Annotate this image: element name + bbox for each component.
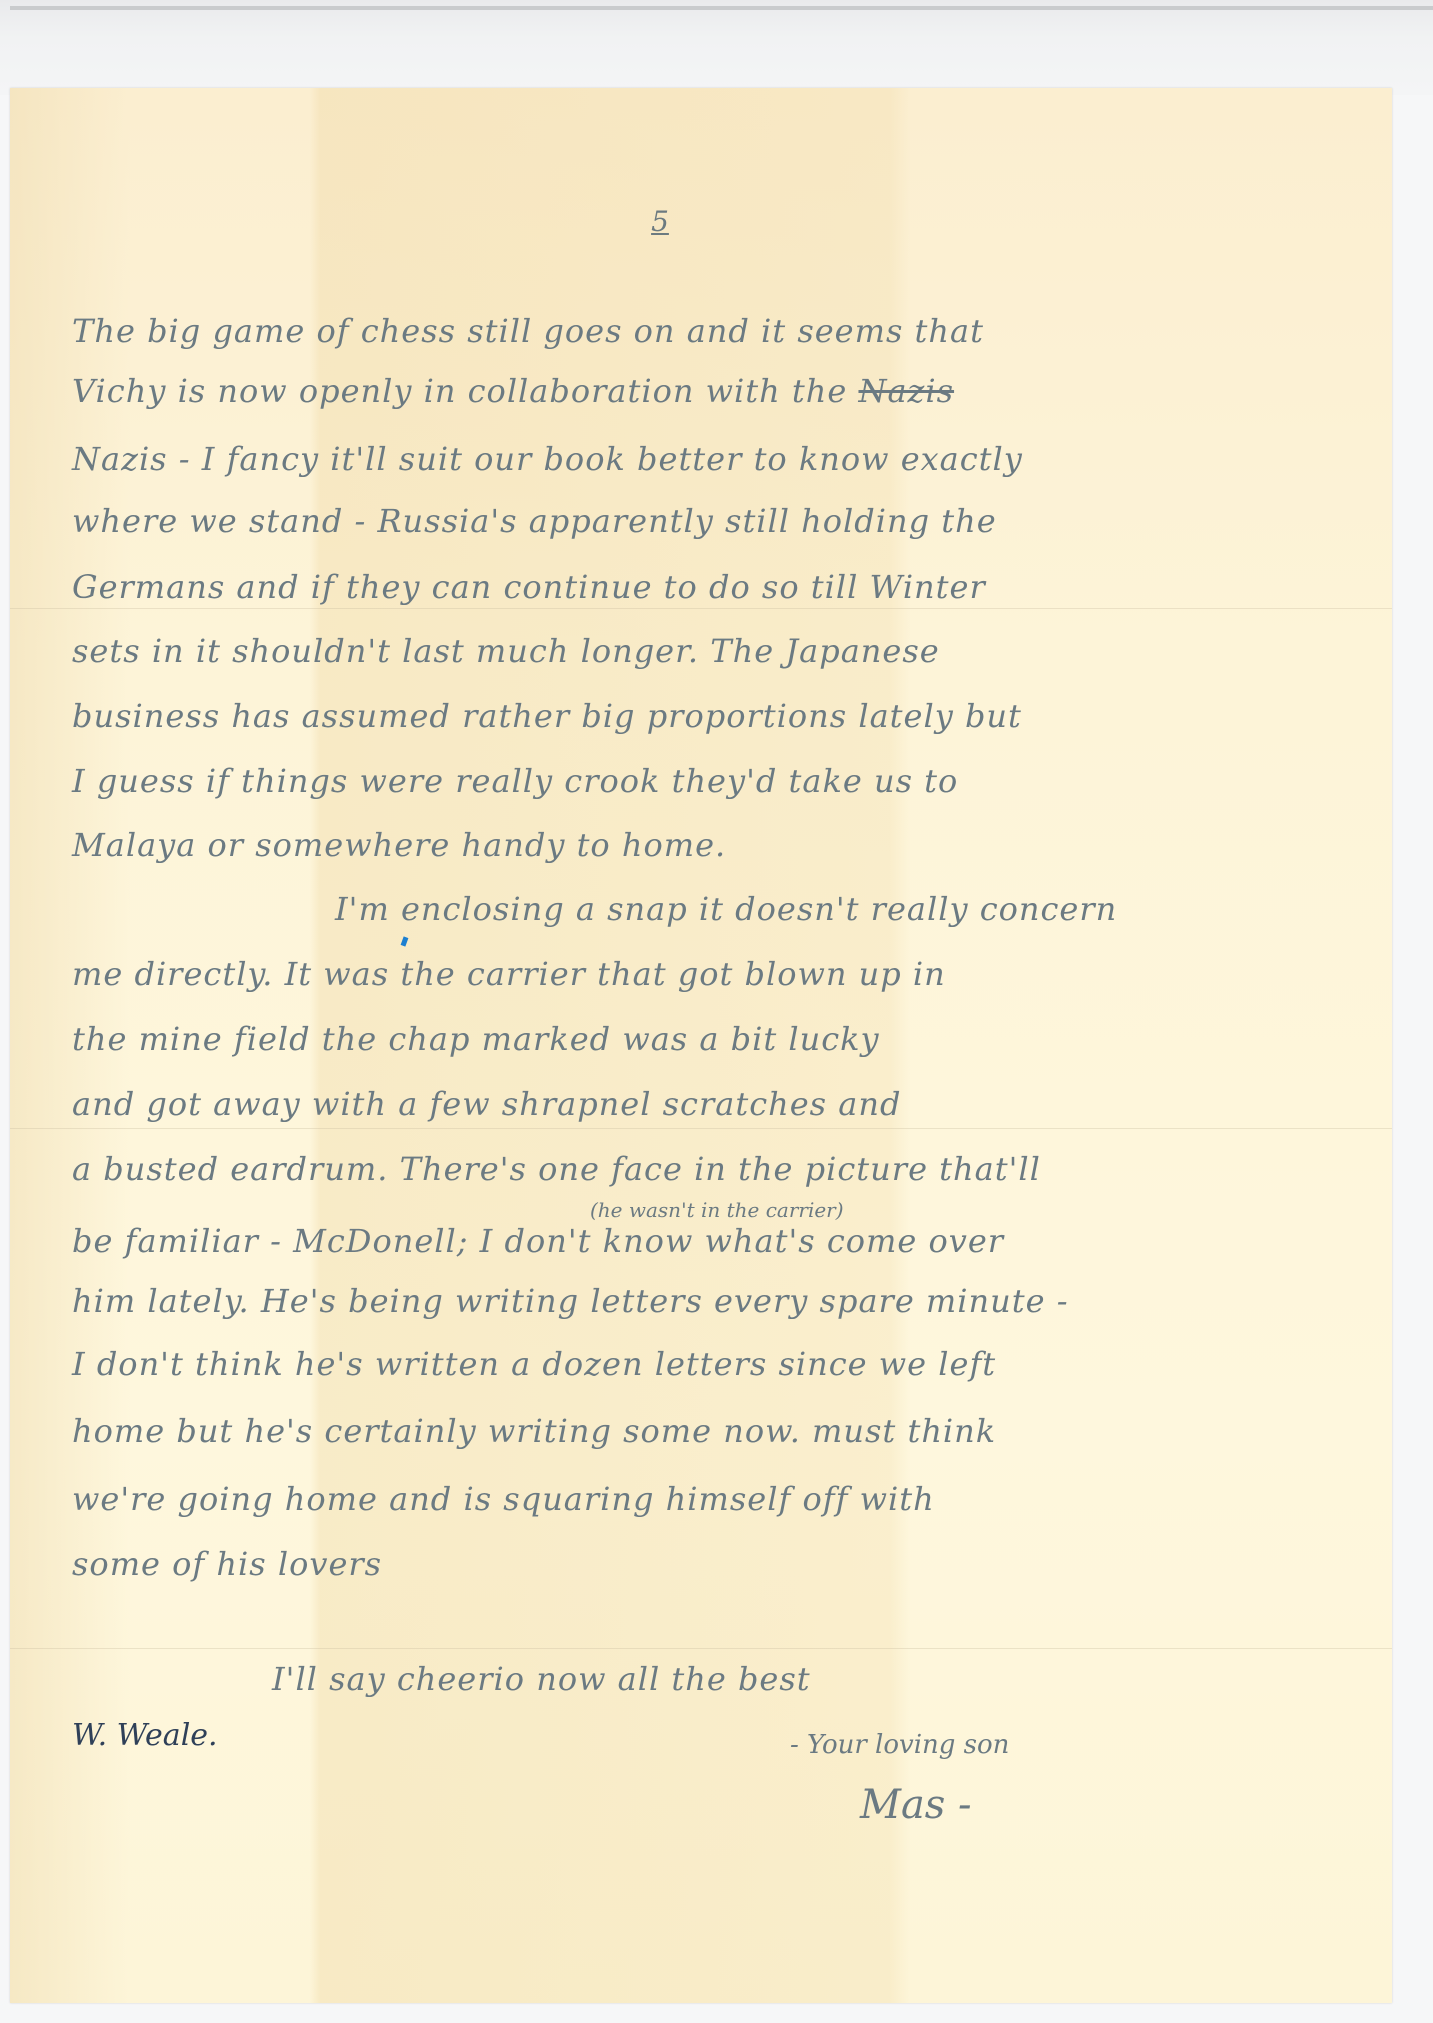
- letter-line: a busted eardrum. There's one face in th…: [72, 1150, 1041, 1188]
- letter-line: business has assumed rather big proporti…: [72, 697, 1022, 735]
- letter-line: I don't think he's written a dozen lette…: [72, 1345, 996, 1383]
- letter-line: Nazis - I fancy it'll suit our book bett…: [72, 440, 1023, 478]
- scanner-edge: [10, 6, 1433, 10]
- signoff: - Your loving son: [790, 1730, 1009, 1760]
- censor-signature: W. Weale.: [72, 1718, 218, 1753]
- letter-line: Germans and if they can continue to do s…: [72, 568, 986, 606]
- letter-line: Malaya or somewhere handy to home.: [72, 826, 726, 864]
- letter-line: we're going home and is squaring himself…: [72, 1480, 935, 1518]
- scanner-background: [0, 0, 1433, 95]
- letter-line: some of his lovers: [72, 1545, 382, 1583]
- letter-line: the mine field the chap marked was a bit…: [72, 1020, 880, 1058]
- letter-line: Vichy is now openly in collaboration wit…: [72, 372, 954, 410]
- interlinear-insertion: (he wasn't in the carrier): [590, 1198, 844, 1222]
- letter-line: sets in it shouldn't last much longer. T…: [72, 632, 940, 670]
- closing-line: I'll say cheerio now all the best: [272, 1660, 811, 1698]
- letter-line: The big game of chess still goes on and …: [72, 312, 984, 350]
- fold-line: [10, 1128, 1392, 1129]
- struck-word: Nazis: [858, 372, 954, 410]
- letter-line: him lately. He's being writing letters e…: [72, 1282, 1069, 1320]
- letter-line: be familiar - McDonell; I don't know wha…: [72, 1222, 1004, 1260]
- fold-line: [10, 1648, 1392, 1649]
- letter-line: I guess if things were really crook they…: [72, 762, 958, 800]
- fold-line: [10, 608, 1392, 609]
- letter-line: where we stand - Russia's apparently sti…: [72, 502, 997, 540]
- letter-line: I'm enclosing a snap it doesn't really c…: [335, 890, 1117, 928]
- letter-line: me directly. It was the carrier that got…: [72, 955, 946, 993]
- signature: Mas -: [860, 1782, 972, 1828]
- letter-line: home but he's certainly writing some now…: [72, 1412, 996, 1450]
- page-number: 5: [645, 205, 675, 238]
- letter-line-text: Vichy is now openly in collaboration wit…: [72, 372, 858, 410]
- letter-line: and got away with a few shrapnel scratch…: [72, 1085, 901, 1123]
